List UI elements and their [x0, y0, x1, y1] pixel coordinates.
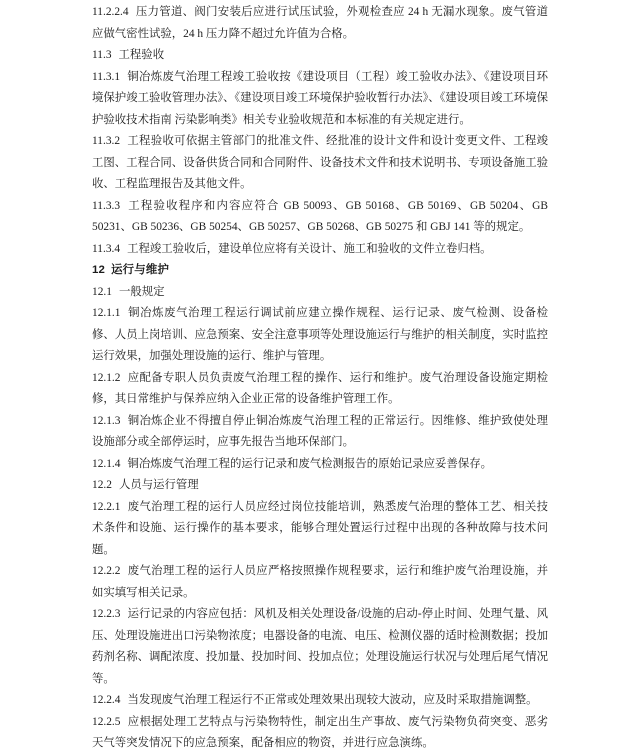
clause-number: 12.2.1: [92, 501, 120, 513]
clause-11-3-1: 11.3.1铜冶炼废气治理工程竣工验收按《建设项目（工程）竣工验收办法》、《建设…: [92, 67, 548, 132]
clause-number: 11.3.1: [92, 71, 120, 83]
clause-11-3-4: 11.3.4工程竣工验收后，建设单位应将有关设计、施工和验收的文件立卷归档。: [92, 239, 548, 261]
clause-12-2-4: 12.2.4当发现废气治理工程运行不正常或处理效果出现较大波动，应及时采取措施调…: [92, 690, 548, 712]
heading-text: 人员与运行管理: [119, 479, 199, 491]
clause-11-3-2: 11.3.2工程验收可依据主管部门的批准文件、经批准的设计文件和设计变更文件、工…: [92, 131, 548, 196]
clause-number: 12.1.3: [92, 415, 120, 427]
clause-12-2-1: 12.2.1废气治理工程的运行人员应经过岗位技能培训，熟悉废气治理的整体工艺、相…: [92, 497, 548, 562]
heading-12-2: 12.2人员与运行管理: [92, 475, 548, 497]
clause-text: 运行记录的内容应包括：风机及相关处理设备/设施的启动-停止时间、处理气量、风压、…: [92, 608, 548, 685]
clause-text: 应根据处理工艺特点与污染物特性，制定出生产事故、废气污染物负荷突变、恶劣天气等突…: [92, 716, 548, 748]
clause-number: 12.1.4: [92, 458, 120, 470]
clause-text: 应配备专职人员负责废气治理工程的操作、运行和维护。废气治理设备设施定期检修，其日…: [92, 372, 548, 406]
chapter-number: 12: [92, 264, 105, 276]
clause-text: 工程验收可依据主管部门的批准文件、经批准的设计文件和设计变更文件、工程竣工图、工…: [92, 135, 548, 190]
clause-number: 12.1: [92, 286, 112, 298]
clause-12-1-2: 12.1.2应配备专职人员负责废气治理工程的操作、运行和维护。废气治理设备设施定…: [92, 368, 548, 411]
clause-11-2-2-4: 11.2.2.4压力管道、阀门安装后应进行试压试验，外观检查应 24 h 无漏水…: [92, 2, 548, 45]
clause-12-1-4: 12.1.4铜冶炼废气治理工程的运行记录和废气检测报告的原始记录应妥善保存。: [92, 454, 548, 476]
clause-text: 铜冶炼企业不得擅自停止铜冶炼废气治理工程的正常运行。因维修、维护致使处理设施部分…: [92, 415, 548, 449]
clause-12-2-3: 12.2.3运行记录的内容应包括：风机及相关处理设备/设施的启动-停止时间、处理…: [92, 604, 548, 690]
clause-text: 压力管道、阀门安装后应进行试压试验，外观检查应 24 h 无漏水现象。废气管道应…: [92, 6, 548, 40]
clause-text: 工程竣工验收后，建设单位应将有关设计、施工和验收的文件立卷归档。: [127, 243, 492, 255]
clause-number: 11.3.4: [92, 243, 120, 255]
clause-text: 铜冶炼废气治理工程竣工验收按《建设项目（工程）竣工验收办法》、《建设项目环境保护…: [92, 71, 548, 126]
clause-number: 11.3.2: [92, 135, 120, 147]
clause-text: 铜冶炼废气治理工程的运行记录和废气检测报告的原始记录应妥善保存。: [127, 458, 492, 470]
chapter-heading-12: 12运行与维护: [92, 260, 548, 282]
document-page: 11.2.2.4压力管道、阀门安装后应进行试压试验，外观检查应 24 h 无漏水…: [0, 0, 640, 748]
clause-number: 12.1.1: [92, 307, 120, 319]
clause-number: 12.2.2: [92, 565, 120, 577]
chapter-title: 运行与维护: [111, 264, 169, 276]
clause-number: 12.2: [92, 479, 112, 491]
clause-number: 12.1.2: [92, 372, 120, 384]
clause-number: 12.2.3: [92, 608, 120, 620]
clause-number: 12.2.5: [92, 716, 120, 728]
clause-12-2-2: 12.2.2废气治理工程的运行人员应严格按照操作规程要求，运行和维护废气治理设施…: [92, 561, 548, 604]
clause-number: 11.3.3: [92, 200, 120, 212]
heading-11-3: 11.3工程验收: [92, 45, 548, 67]
heading-12-1: 12.1一般规定: [92, 282, 548, 304]
clause-12-1-3: 12.1.3铜冶炼企业不得擅自停止铜冶炼废气治理工程的正常运行。因维修、维护致使…: [92, 411, 548, 454]
heading-text: 一般规定: [119, 286, 165, 298]
clause-number: 11.3: [92, 49, 112, 61]
clause-12-1-1: 12.1.1铜冶炼废气治理工程运行调试前应建立操作规程、运行记录、废气检测、设备…: [92, 303, 548, 368]
clause-number: 11.2.2.4: [92, 6, 129, 18]
heading-text: 工程验收: [119, 49, 165, 61]
clause-text: 当发现废气治理工程运行不正常或处理效果出现较大波动，应及时采取措施调整。: [127, 694, 537, 706]
clause-text: 废气治理工程的运行人员应严格按照操作规程要求，运行和维护废气治理设施，并如实填写…: [92, 565, 548, 599]
clause-12-2-5: 12.2.5应根据处理工艺特点与污染物特性，制定出生产事故、废气污染物负荷突变、…: [92, 712, 548, 748]
clause-text: 工程验收程序和内容应符合 GB 50093、GB 50168、GB 50169、…: [92, 200, 548, 234]
clause-11-3-3: 11.3.3工程验收程序和内容应符合 GB 50093、GB 50168、GB …: [92, 196, 548, 239]
clause-text: 铜冶炼废气治理工程运行调试前应建立操作规程、运行记录、废气检测、设备检修、人员上…: [92, 307, 548, 362]
clause-number: 12.2.4: [92, 694, 120, 706]
clause-text: 废气治理工程的运行人员应经过岗位技能培训，熟悉废气治理的整体工艺、相关技术条件和…: [92, 501, 548, 556]
